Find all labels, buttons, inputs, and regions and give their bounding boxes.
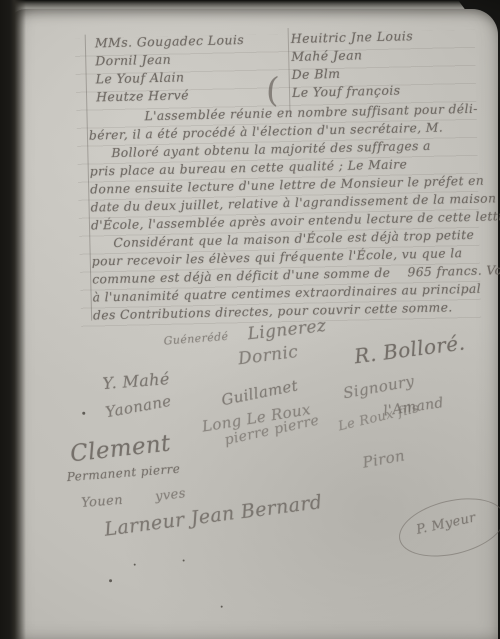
signature: Y. Mahé	[102, 369, 170, 393]
paper-leaf: MMs. Gougadec Louis Heuitric Jne Louis D…	[9, 9, 498, 639]
handwritten-content: MMs. Gougadec Louis Heuitric Jne Louis D…	[8, 0, 500, 639]
signature: Youen	[81, 493, 124, 511]
signature: Larneur Jean Bernard	[103, 491, 323, 541]
ink-spot	[82, 412, 85, 415]
ink-spot	[221, 606, 223, 608]
signature: Yaonane	[104, 392, 173, 422]
signature: Dornic	[237, 342, 299, 370]
ink-spot	[109, 579, 112, 582]
signature: R. Bolloré.	[353, 330, 467, 368]
signature: Le Roux fils	[337, 401, 421, 435]
ink-spot	[134, 564, 136, 566]
ink-spot	[183, 560, 185, 562]
signature: Piron	[361, 446, 406, 471]
register-page-photo: MMs. Gougadec Louis Heuitric Jne Louis D…	[0, 0, 500, 639]
deliberation-text: L'assemblée réunie en nombre suffisant p…	[88, 99, 495, 324]
signature: Clement	[69, 430, 172, 467]
councillor-name-list: MMs. Gougadec Louis Heuitric Jne Louis D…	[95, 26, 477, 107]
book-spine-edge	[0, 0, 26, 639]
signature: Guénerédé	[163, 330, 229, 348]
signature: Signoury	[342, 372, 416, 403]
signature: yves	[154, 486, 186, 504]
